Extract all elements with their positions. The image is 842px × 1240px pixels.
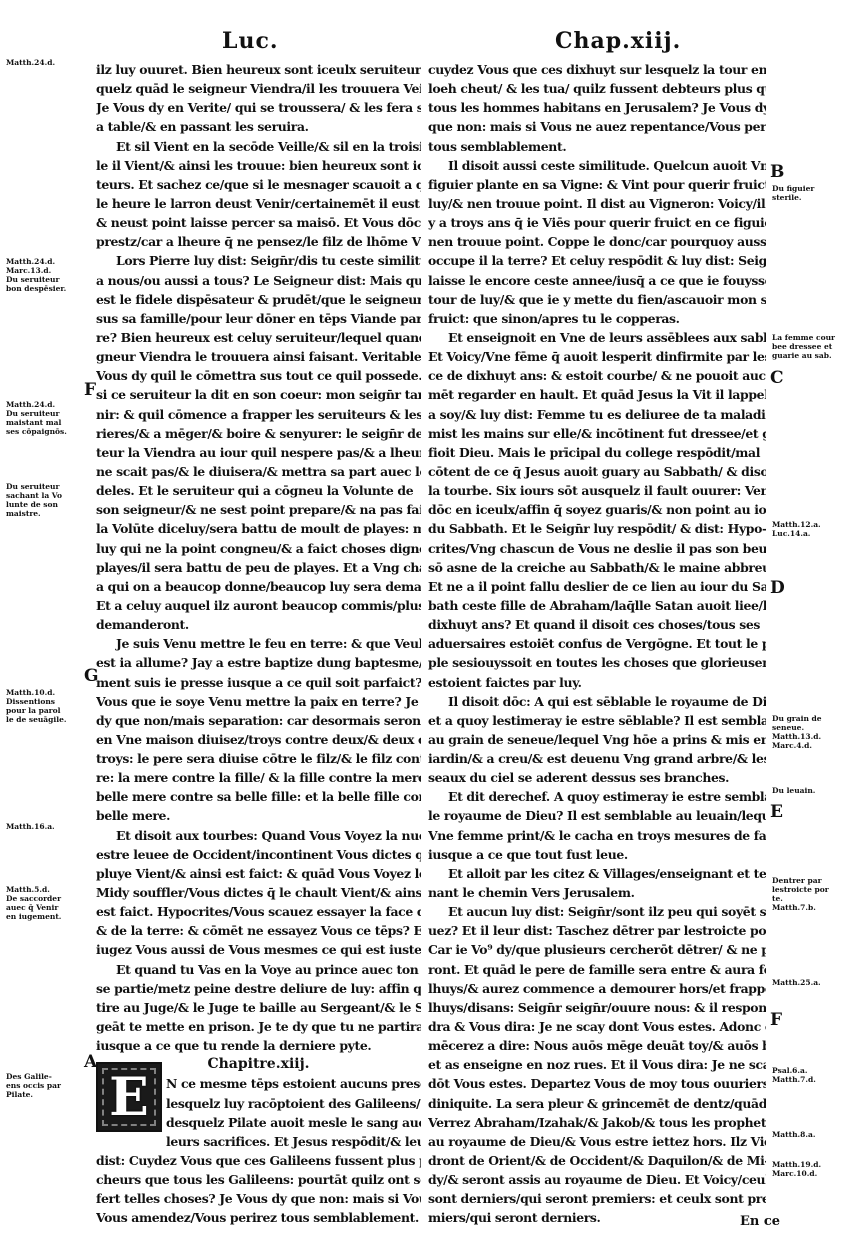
margin-note: Matth.8.a. — [772, 1130, 815, 1139]
text-line: ront. Et quād le pere de famille sera en… — [428, 960, 766, 979]
margin-note: Matth.16.a. — [6, 822, 55, 831]
margin-note: Matth.19.d. Marc.10.d. — [772, 1160, 821, 1178]
text-line: mēt regarder en hault. Et quād Jesus la … — [428, 385, 766, 404]
section-letter: C — [770, 368, 784, 388]
text-line: Verrez Abraham/Izahak/& Jakob/& tous les… — [428, 1113, 766, 1132]
text-line: miers/qui seront derniers. — [428, 1208, 766, 1227]
text-line: loeh cheut/ & les tua/ quilz fussent deb… — [428, 79, 766, 98]
running-head-right: Chap.xiij. — [555, 28, 681, 54]
text-line: Et sil Vient en la secōde Veille/& sil e… — [96, 137, 421, 156]
text-line: Vous amendez/Vous perirez tous semblable… — [96, 1208, 421, 1227]
text-line: Et alloit par les citez & Villages/ensei… — [428, 864, 766, 883]
text-line: luy/& nen trouue point. Il dist au Vigne… — [428, 194, 766, 213]
text-line: sont derniers/qui seront premiers: et ce… — [428, 1189, 766, 1208]
text-line: mēcerez a dire: Nous auōs mēge deuāt toy… — [428, 1036, 766, 1055]
text-line: dōt Vous estes. Departez Vous de moy tou… — [428, 1074, 766, 1093]
text-line: Il disoit aussi ceste similitude. Quelcu… — [428, 156, 766, 175]
text-line: nen trouue point. Coppe le donc/car pour… — [428, 232, 766, 251]
text-line: rieres/& a mēger/& boire & senyurer: le … — [96, 424, 421, 443]
text-line: dra & Vous dira: Je ne scay dont Vous es… — [428, 1017, 766, 1036]
text-line: le heure le larron deust Venir/certainem… — [96, 194, 421, 213]
text-line: geāt te mette en prison. Je te dy que tu… — [96, 1017, 421, 1036]
margin-note: Matth.10.d. Dissentions pour la parol le… — [6, 688, 67, 724]
text-line: teur la Viendra au iour quil nespere pas… — [96, 443, 421, 462]
text-line: Vne femme print/& le cacha en troys mesu… — [428, 826, 766, 845]
text-line: Et quand tu Vas en la Voye au prince aue… — [96, 960, 421, 979]
text-line: tous les hommes habitans en Jerusalem? J… — [428, 98, 766, 117]
text-line: Car ie Vo⁹ dy/que plusieurs cercherōt dē… — [428, 940, 766, 959]
text-line: est ia allume? Jay a estre baptize dung … — [96, 653, 421, 672]
text-line: cheurs que tous les Galileens: pourtāt q… — [96, 1170, 421, 1189]
text-line: Et enseignoit en Vne de leurs assēblees … — [428, 328, 766, 347]
text-line: re? Bien heureux est celuy seruiteur/leq… — [96, 328, 421, 347]
text-line: tour de luy/& que ie y mette du fien/asc… — [428, 290, 766, 309]
text-line: ne scait pas/& le diuisera/& mettra sa p… — [96, 462, 421, 481]
text-line: figuier plante en sa Vigne: & Vint pour … — [428, 175, 766, 194]
text-line: fruict: que sinon/apres tu le copperas. — [428, 309, 766, 328]
text-line: ple sesiouyssoit en toutes les choses qu… — [428, 653, 766, 672]
margin-note: Dentrer par lestroicte por te. Matth.7.b… — [772, 876, 829, 912]
text-line: le il Vient/& ainsi les trouue: bien heu… — [96, 156, 421, 175]
text-line: occupe il la terre? Et celuy respōdit & … — [428, 251, 766, 270]
text-line: Et disoit aux tourbes: Quand Vous Voyez … — [96, 826, 421, 845]
text-line: troys: le pere sera diuise cōtre le filz… — [96, 749, 421, 768]
text-line: fioit Dieu. Mais le prīcipal du college … — [428, 443, 766, 462]
text-line: lhuys/disans: Seign̄r seign̄r/ouure nous… — [428, 998, 766, 1017]
text-line: cōtent de ce q̄ Jesus auoit guary au Sab… — [428, 462, 766, 481]
text-line: belle mere. — [96, 806, 421, 825]
text-line: la tourbe. Six iours sōt ausquelz il fau… — [428, 481, 766, 500]
drop-cap-letter: E — [109, 1067, 149, 1128]
text-line: ilz luy ouuret. Bien heureux sont iceulx… — [96, 60, 421, 79]
text-line: est faict. Hypocrites/Vous scauez essaye… — [96, 902, 421, 921]
text-line: Je suis Venu mettre le feu en terre: & q… — [96, 634, 421, 653]
text-line: iusque a ce que tu rende la derniere pyt… — [96, 1036, 421, 1055]
text-line: nir: & quil cōmence a frapper les seruit… — [96, 405, 421, 424]
text-line: re: la mere contre la fille/ & la fille … — [96, 768, 421, 787]
text-line: y a troys ans q̄ ie Viēs pour querir fru… — [428, 213, 766, 232]
text-line: luy qui ne la point congneu/& a faict ch… — [96, 539, 421, 558]
section-letter: F — [770, 1010, 782, 1030]
margin-note: Psal.6.a. Matth.7.d. — [772, 1066, 816, 1084]
text-line: Vous dy quil le cōmettra sus tout ce qui… — [96, 366, 421, 385]
text-line: playes/il sera battu de peu de playes. E… — [96, 558, 421, 577]
text-line: et as enseigne en noz rues. Et il Vous d… — [428, 1055, 766, 1074]
margin-note: Matth.24.d. — [6, 58, 55, 67]
margin-note: Matth.5.d. De saccorder auec q̄ Venir en… — [6, 885, 61, 921]
text-line: Lors Pierre luy dist: Seign̄r/dis tu ces… — [96, 251, 421, 270]
text-line: uez? Et il leur dist: Taschez dētrer par… — [428, 921, 766, 940]
section-letter: E — [770, 802, 783, 822]
text-line: pluye Vient/& ainsi est faict: & quād Vo… — [96, 864, 421, 883]
margin-note: Des Galile- ens occis par Pilate. — [6, 1072, 61, 1099]
text-line: sō asne de la creiche au Sabbath/& le ma… — [428, 558, 766, 577]
text-line: crites/Vng chascun de Vous ne deslie il … — [428, 539, 766, 558]
text-line: dront de Orient/& de Occident/& Daquilon… — [428, 1151, 766, 1170]
text-line: prestz/car a lheure q̄ ne pensez/le filz… — [96, 232, 421, 251]
margin-note: Du seruiteur sachant la Vo lunte de son … — [6, 482, 62, 518]
text-line: et a quoy lestimeray ie estre sēblable? … — [428, 711, 766, 730]
text-line: si ce seruiteur la dit en son coeur: mon… — [96, 385, 421, 404]
text-line: tous semblablement. — [428, 137, 766, 156]
section-letter: F — [84, 380, 96, 400]
text-line: dy/& seront assis au royaume de Dieu. Et… — [428, 1170, 766, 1189]
text-line: aduersaires estoiēt confus de Vergōgne. … — [428, 634, 766, 653]
text-line: dixhuyt ans? Et quand il disoit ces chos… — [428, 615, 766, 634]
right-text-column: cuydez Vous que ces dixhuyt sur lesquelz… — [428, 60, 766, 1228]
margin-note: Matth.12.a. Luc.14.a. — [772, 520, 821, 538]
section-letter: G — [84, 666, 99, 686]
text-line: Et dit derechef. A quoy estimeray ie est… — [428, 787, 766, 806]
text-line: Et aucun luy dist: Seign̄r/sont ilz peu … — [428, 902, 766, 921]
text-line: quelz quād le seigneur Viendra/il les tr… — [96, 79, 421, 98]
margin-note: Du grain de seneue. Matth.13.d. Marc.4.d… — [772, 714, 822, 750]
text-line: & de la terre: & cōmēt ne essayez Vous c… — [96, 921, 421, 940]
text-line: dist: Cuydez Vous que ces Galileens fuss… — [96, 1151, 421, 1170]
section-letter: B — [770, 162, 784, 182]
text-line: au royaume de Dieu/& Vous estre iettez h… — [428, 1132, 766, 1151]
margin-note: Matth.24.d. Marc.13.d. Du seruiteur bon … — [6, 257, 66, 293]
text-line: & neust point laisse percer sa maisō. Et… — [96, 213, 421, 232]
text-line: est le fidele dispēsateur & prudēt/que l… — [96, 290, 421, 309]
margin-note: La femme cour bee dressee et guarie au s… — [772, 333, 835, 360]
section-letter: D — [770, 578, 785, 598]
text-line: Midy souffler/Vous dictes q̄ le chault V… — [96, 883, 421, 902]
text-line: seaux du ciel se aderent dessus ses bran… — [428, 768, 766, 787]
text-line: nant le chemin Vers Jerusalem. — [428, 883, 766, 902]
text-line: Je Vous dy en Verite/ qui se troussera/ … — [96, 98, 421, 117]
running-head-left: Luc. — [222, 28, 279, 54]
text-line: iardin/& a creu/& est deuenu Vng grand a… — [428, 749, 766, 768]
text-line: diniquite. La sera pleur & grincemēt de … — [428, 1094, 766, 1113]
text-line: en Vne maison diuisez/troys contre deux/… — [96, 730, 421, 749]
text-line: du Sabbath. Et le Seign̄r luy respōdit/ … — [428, 519, 766, 538]
margin-note: Matth.24.d. Du seruiteur maistant mal se… — [6, 400, 67, 436]
text-line: estoient faictes par luy. — [428, 673, 766, 692]
text-line: deles. Et le seruiteur qui a cōgneu la V… — [96, 481, 421, 500]
text-line: Et Voicy/Vne fēme q̄ auoit lesperit dinf… — [428, 347, 766, 366]
catchword: En ce — [740, 1214, 780, 1229]
text-line: Il disoit dōc: A qui est sēblable le roy… — [428, 692, 766, 711]
text-line: Et ne a il point fallu deslier de ce lie… — [428, 577, 766, 596]
text-line: a nous/ou aussi a tous? Le Seigneur dist… — [96, 271, 421, 290]
text-line: laisse le encore ceste annee/iusq̄ a ce … — [428, 271, 766, 290]
text-line: iusque a ce que tout fust leue. — [428, 845, 766, 864]
text-line: ment suis ie presse iusque a ce quil soi… — [96, 673, 421, 692]
text-line: estre leuee de Occident/incontinent Vous… — [96, 845, 421, 864]
ornate-drop-cap: E — [96, 1062, 162, 1132]
text-line: sus sa famille/pour leur dōner en tēps V… — [96, 309, 421, 328]
text-line: Et a celuy auquel ilz auront beaucop com… — [96, 596, 421, 615]
text-line: dōc en iceulx/affin q̄ soyez guaris/& no… — [428, 500, 766, 519]
text-line: bath ceste fille de Abraham/laq̄lle Sata… — [428, 596, 766, 615]
text-line: que non: mais si Vous ne auez repentance… — [428, 117, 766, 136]
text-line: a qui on a beaucop donne/beaucop luy ser… — [96, 577, 421, 596]
text-line: la Volūte diceluy/sera battu de moult de… — [96, 519, 421, 538]
text-line: belle mere contre sa belle fille: et la … — [96, 787, 421, 806]
text-line: ce de dixhuyt ans: & estoit courbe/ & ne… — [428, 366, 766, 385]
margin-note: Du leuain. — [772, 786, 815, 795]
text-line: son seigneur/& ne sest point prepare/& n… — [96, 500, 421, 519]
margin-note: Matth.25.a. — [772, 978, 821, 987]
text-line: dy que non/mais separation: car desormai… — [96, 711, 421, 730]
text-line: teurs. Et sachez ce/que si le mesnager s… — [96, 175, 421, 194]
text-line: Vous que ie soye Venu mettre la paix en … — [96, 692, 421, 711]
text-line: au grain de seneue/lequel Vng hōe a prin… — [428, 730, 766, 749]
text-line: a table/& en passant les seruira. — [96, 117, 421, 136]
text-line: le royaume de Dieu? Il est semblable au … — [428, 806, 766, 825]
text-line: se partie/metz peine destre deliure de l… — [96, 979, 421, 998]
text-line: fert telles choses? Je Vous dy que non: … — [96, 1189, 421, 1208]
text-line: mist les mains sur elle/& incōtinent fut… — [428, 424, 766, 443]
text-line: a soy/& luy dist: Femme tu es deliuree d… — [428, 405, 766, 424]
left-text-column: ilz luy ouuret. Bien heureux sont iceulx… — [96, 60, 421, 1228]
text-line: tire au Juge/& le Juge te baille au Serg… — [96, 998, 421, 1017]
text-line: cuydez Vous que ces dixhuyt sur lesquelz… — [428, 60, 766, 79]
text-line: leurs sacrifices. Et Jesus respōdit/& le… — [96, 1132, 421, 1151]
text-line: lhuys/& aurez commence a demourer hors/e… — [428, 979, 766, 998]
text-line: gneur Viendra le trouuera ainsi faisant.… — [96, 347, 421, 366]
text-line: iugez Vous aussi de Vous mesmes ce qui e… — [96, 940, 421, 959]
text-line: demanderont. — [96, 615, 421, 634]
margin-note: Du figuier sterile. — [772, 184, 814, 202]
